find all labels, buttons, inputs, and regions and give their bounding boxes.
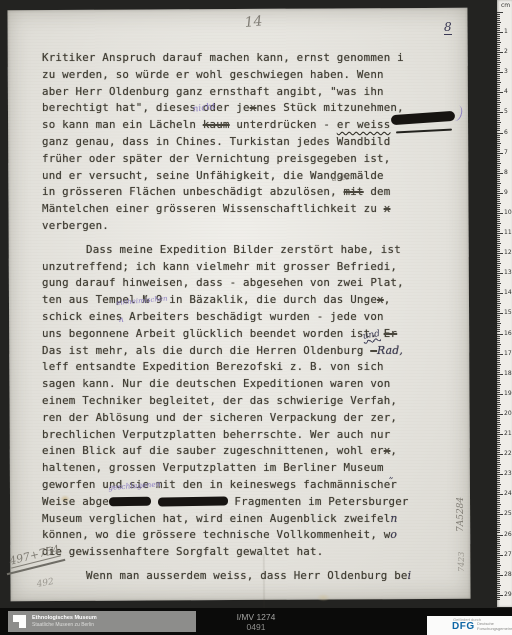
ruler-tick [497,374,503,375]
ruler-tick [497,227,500,228]
ruler-tick [497,301,500,302]
ruler-tick [497,209,500,210]
ruler-tick [497,516,500,517]
ruler-number: 25 [504,511,512,517]
ruler-tick [497,524,501,525]
ruler-number: 17 [504,351,512,357]
ruler-tick [497,285,500,286]
ruler-tick [497,293,503,294]
ruler-tick [497,575,503,576]
dfg-subtitle: Deutsche Forschungsgemeinschaft [477,622,512,631]
ruler-tick [497,539,500,540]
ruler-number: 28 [504,572,512,578]
ruler-tick [497,492,500,493]
typed-line: früher oder später der Vernichtung preis… [42,151,460,168]
typed-segment: aber Herr Oldenburg ganz ernsthaft angib… [42,85,384,98]
ruler-tick [497,404,501,405]
ruler-tick [497,583,500,584]
typed-segment: Wenn man ausserdem weiss, dass Herr Olde… [86,569,408,582]
ruler-tick [497,128,500,129]
ruler-tick [497,392,500,393]
typed-segment: leff entsandte Expedition Berezofski z. … [42,360,384,373]
ruler-tick [497,518,500,519]
ruler-tick [497,348,500,349]
dfg-logo: DFG [452,621,475,632]
ruler-tick [497,12,503,13]
typed-line: sagen kann. Nur die deutschen Expedition… [42,376,460,393]
ruler-tick [497,368,500,369]
ruler-tick [497,187,500,188]
ruler-tick [497,428,500,429]
ruler-tick [497,181,500,182]
ruler-tick [497,157,500,158]
ruler-tick [497,376,500,377]
ruler-number: 1 [504,29,508,35]
typed-segment: ten aus Tempel № 9 in Bäzaklik, die durc… [42,293,377,306]
ruler-tick [497,555,503,556]
ruler-tick [497,535,503,536]
typed-line: ganz genau, dass in Chines. Turkistan je… [42,134,460,151]
ruler-tick [497,167,500,168]
ruler-tick [497,193,503,194]
ruler-tick [497,434,503,435]
ruler-tick [497,108,500,109]
ruler-tick [497,585,501,586]
ruler-tick [497,68,500,69]
ruler-tick [497,253,503,254]
ruler-tick [497,567,500,568]
typed-segment: , [384,293,391,306]
ruler-tick [497,80,500,81]
ruler-tick [497,460,500,461]
ruler-tick [497,498,500,499]
ruler-tick [497,573,500,574]
ruler-tick [497,424,501,425]
ruler-tick [497,88,500,89]
ruler-tick [497,241,500,242]
typed-segment: Das ist mehr, als die durch die Herren O… [42,344,370,357]
ruler-tick [497,60,500,61]
ruler-tick [497,390,500,391]
ruler-tick [497,496,500,497]
ruler-tick [497,350,500,351]
ruler-tick [497,58,500,59]
ruler-tick [497,279,500,280]
ruler-tick [497,74,500,75]
ruler-tick [497,344,501,345]
ruler-tick [497,151,500,152]
ruler-number: 26 [504,532,512,538]
ruler-tick [497,478,500,479]
typed-line: uns begonnene Arbeit glücklich beendet w… [42,326,460,343]
ruler-tick [497,48,500,49]
typed-line: brechlichen Verputzplatten beherrschte. … [42,427,460,444]
ruler-tick [497,78,500,79]
ruler-tick [497,329,500,330]
ruler-tick [497,44,500,45]
ruler-tick [497,189,500,190]
typed-segment: einen Blick auf die sauber zugeschnitten… [42,444,384,457]
ruler-tick [497,547,500,548]
ruler-number: 14 [504,290,512,296]
ruler-tick [497,532,500,533]
ruler-tick [497,313,503,314]
typed-segment: Dass meine Expedition Bilder zerstört ha… [86,243,401,256]
ruler-number: 24 [504,491,512,497]
ruler-tick [497,50,500,51]
ruler-tick [497,553,500,554]
ruler-tick [497,372,500,373]
ruler-tick [497,229,500,230]
ruler-tick [497,137,500,138]
ruler-tick [497,243,501,244]
ruler-tick [497,203,501,204]
ruler-tick [497,526,500,527]
ruler-tick [497,506,500,507]
ruler-tick [497,406,500,407]
ruler-tick [497,450,500,451]
ruler-tick [497,122,501,123]
typed-segment-ink: Rad, [377,344,403,357]
ruler-tick [497,561,500,562]
ruler-number: 5 [504,109,508,115]
ruler-tick [497,448,500,449]
typed-line: Museum verglichen hat, wird einen Augenb… [42,511,460,528]
ruler-tick [497,133,503,134]
ruler-tick [497,72,503,73]
ruler-tick [497,559,500,560]
ruler-tick [497,147,500,148]
ruler-tick [497,520,500,521]
typed-line: geworfen und sie mit den in keineswegs f… [42,477,460,494]
ruler-tick [497,571,500,572]
ruler-tick [497,394,503,395]
ruler-tick [497,408,500,409]
ruler-number: 10 [504,210,512,216]
typed-segment: einem Techniker begleitet, der das schwi… [42,394,397,407]
ruler-tick [497,464,501,465]
ruler-tick [497,139,500,140]
ruler-tick [497,470,500,471]
ruler-tick [497,281,500,282]
ruler-tick [497,219,500,220]
ruler-tick [497,163,501,164]
ruler-tick [497,422,500,423]
typed-line: ren der Ablösung und der sicheren Verpac… [42,410,460,427]
ruler-tick [497,480,500,481]
ruler-tick [497,118,500,119]
ruler-tick [497,488,500,489]
ruler-tick [497,143,501,144]
typed-segment-strike: Er [384,327,397,340]
ruler-tick [497,342,500,343]
ruler-tick [497,16,500,17]
typed-line: haltenen, grossen Verputzplatten im Berl… [42,460,460,477]
ruler-tick [497,126,500,127]
ruler-tick [497,169,500,170]
ruler-tick [497,24,500,25]
typed-line: aber Herr Oldenburg ganz ernsthaft angib… [42,84,460,101]
ruler-tick [497,414,503,415]
ruler-tick [497,336,500,337]
ruler-tick [497,490,500,491]
ruler-tick [497,466,500,467]
ruler-tick [497,297,500,298]
ruler-tick [497,225,500,226]
typed-segment: dem [364,185,391,198]
ruler-tick [497,199,500,200]
typed-line: und er versucht, seine Unfähigkeit, die … [42,168,460,185]
ruler-tick [497,545,501,546]
ruler-tick [497,358,500,359]
typed-segment: verbergen. [42,219,109,232]
ruler-unit-label: cm [501,2,510,9]
ruler-tick [497,84,500,85]
ruler-tick [497,70,500,71]
ruler-tick [497,522,500,523]
ruler-tick [497,593,500,594]
ruler-tick [497,476,500,477]
typed-segment: so kann man ein Lächeln [42,118,203,131]
ruler-tick [497,261,500,262]
typed-segment: geworfen und sie mit den in keineswegs f… [42,478,397,491]
ruler-tick [497,295,500,296]
ruler-number: 15 [504,310,512,316]
ruler-tick [497,104,500,105]
ruler-tick [497,94,500,95]
typed-line: in grösseren Flächen unbeschädigt abzulö… [42,184,460,201]
ruler-number: 9 [504,190,508,196]
ruler-number: 8 [504,170,508,176]
ruler-tick [497,90,500,91]
ruler-tick [497,173,503,174]
ruler-number: 20 [504,411,512,417]
typed-segment: in grösseren Flächen unbeschädigt abzulö… [42,185,344,198]
ruler-tick [497,249,500,250]
ruler-tick [497,215,500,216]
ruler-tick [497,508,500,509]
ruler-tick [497,420,500,421]
ruler-tick [497,62,501,63]
ruler-tick [497,360,500,361]
ruler-tick [497,76,500,77]
ruler-tick [497,28,500,29]
typed-segment: schick eines Arbeiters beschädigt wurden… [42,310,384,323]
ruler-tick [497,106,500,107]
ruler-tick [497,569,500,570]
ruler-tick [497,436,500,437]
ruler-tick [497,36,500,37]
ruler-tick [497,456,500,457]
typed-line: Das ist mehr, als die durch die Herren O… [42,343,460,360]
ruler-tick [497,46,500,47]
ruler-tick [497,165,500,166]
ruler-tick [497,231,500,232]
ruler-number: 18 [504,371,512,377]
ruler-number: 23 [504,471,512,477]
ruler-number: 21 [504,431,512,437]
ruler-tick [497,315,500,316]
typed-line: einen Blick auf die sauber zugeschnitten… [42,443,460,460]
ruler-tick [497,257,500,258]
typed-segment-redact [158,497,228,507]
dfg-credit-box: Gefördert durch DFG Deutsche Forschungsg… [427,616,512,635]
ruler-tick [497,267,500,268]
typed-line: Wenn man ausserdem weiss, dass Herr Olde… [42,568,460,585]
ruler-tick [497,283,501,284]
archive-footer-bar: Ethnologisches Museum Staatliche Museen … [0,608,512,635]
ruler-tick [497,235,500,236]
ruler-tick [497,305,500,306]
ruler-tick [497,537,500,538]
ruler-tick [497,205,500,206]
ruler-tick [497,177,500,178]
ruler-tick [497,299,500,300]
ruler-tick [497,265,500,266]
typed-segment: haltenen, grossen Verputzplatten im Berl… [42,461,384,474]
ruler-tick [497,317,500,318]
ruler-tick [497,589,500,590]
ruler-tick [497,327,500,328]
ruler-tick [497,221,500,222]
ruler-tick [497,303,501,304]
ruler-tick [497,307,500,308]
ruler-tick [497,482,500,483]
typed-segment-ink: n [390,512,397,525]
ruler-tick [497,120,500,121]
ruler-tick [497,356,500,357]
ruler-tick [497,197,500,198]
ruler-tick [497,124,500,125]
ruler-tick [497,259,500,260]
typed-line: Kritiker Anspruch darauf machen kann, er… [42,50,460,67]
ruler-tick [497,338,500,339]
ruler-tick [497,26,500,27]
ruler-tick [497,384,501,385]
typed-line: schick eines Arbeiters beschädigt wurden… [42,309,460,326]
ruler-number: 2 [504,49,508,55]
ruler-tick [497,110,500,111]
ruler-tick [497,311,500,312]
ruler-tick [497,233,503,234]
ruler-tick [497,100,500,101]
ruler-tick [497,64,500,65]
typed-line: ten aus Tempel № 9 in Bäzaklik, die durc… [42,292,460,309]
ruler-tick [497,402,500,403]
typed-segment: können, wo die grössere technische Vollk… [42,528,390,541]
typed-segment: uns begonnene Arbeit glücklich beendet w… [42,327,384,340]
ruler-tick [497,153,503,154]
ruler-tick [497,179,500,180]
ruler-tick [497,472,500,473]
typed-segment-ink: o [390,528,397,541]
typed-segment-ink: i [408,569,412,582]
ruler-tick [497,462,500,463]
ruler-tick [497,135,500,136]
ruler-tick [497,237,500,238]
ruler-tick [497,418,500,419]
ruler-tick [497,388,500,389]
ruler-tick [497,183,501,184]
ruler-tick [497,269,500,270]
ruler-tick [497,398,500,399]
ruler-tick [497,130,500,131]
ruler-tick [497,207,500,208]
typed-segment: Mäntelchen einer grösseren Wissenschaftl… [42,202,384,215]
ruler-tick [497,86,500,87]
ruler-tick [497,34,500,35]
ruler-tick [497,581,500,582]
ruler-tick [497,486,500,487]
ruler-tick [497,362,500,363]
ruler-tick [497,458,500,459]
ruler-tick [497,346,500,347]
typed-segment: unzutreffend; ich kann vielmehr mit gros… [42,260,397,273]
ruler-tick [497,20,500,21]
typed-line: können, wo die grössere technische Vollk… [42,527,460,544]
ruler-tick [497,155,500,156]
ruler-number: 7 [504,150,508,156]
ruler-tick [497,213,503,214]
ruler-tick [497,551,500,552]
ruler-tick [497,102,501,103]
ruler-tick [497,410,500,411]
ruler-tick [497,510,500,511]
ruler-tick [497,597,500,598]
ruler-tick [497,171,500,172]
ruler-tick [497,141,500,142]
ruler-tick [497,340,500,341]
ruler-tick [497,38,500,39]
ruler-tick [497,112,503,113]
ruler-tick [497,114,500,115]
ruler-tick [497,591,500,592]
ruler-tick [497,474,503,475]
ruler-tick [497,52,503,53]
ruler-tick [497,116,500,117]
ruler-tick [497,514,503,515]
ruler-tick [497,319,500,320]
ruler-tick [497,82,501,83]
typed-segment-strike: mit [344,185,364,198]
ruler-number: 4 [504,89,508,95]
typed-segment: gung darauf hinweisen, dass - abgesehen … [42,276,404,289]
ruler-tick [497,275,500,276]
measurement-ruler: cm 1234567891011121314151617181920212223… [497,0,512,607]
typed-segment [151,495,158,508]
ruler-tick [497,291,500,292]
ruler-tick [497,549,500,550]
ruler-tick [497,484,501,485]
ruler-tick [497,223,501,224]
ruler-tick [497,366,500,367]
ruler-tick [497,273,503,274]
typed-segment: Weise abge [42,495,109,508]
typed-segment: ren der Ablösung und der sicheren Verpac… [42,411,397,424]
ruler-tick [497,201,500,202]
ruler-tick [497,438,500,439]
typed-line: Mäntelchen einer grösseren Wissenschaftl… [42,201,460,218]
typed-line: unzutreffend; ich kann vielmehr mit gros… [42,259,460,276]
typed-segment: zu werden, so würde er wohl geschwiegen … [42,68,384,81]
ruler-tick [497,309,500,310]
ruler-tick [497,289,500,290]
typed-line: so kann man ein Lächeln kaum unterdrücke… [42,117,460,134]
ruler-tick [497,321,500,322]
ruler-tick [497,325,500,326]
ruler-tick [497,440,500,441]
ruler-tick [497,30,500,31]
